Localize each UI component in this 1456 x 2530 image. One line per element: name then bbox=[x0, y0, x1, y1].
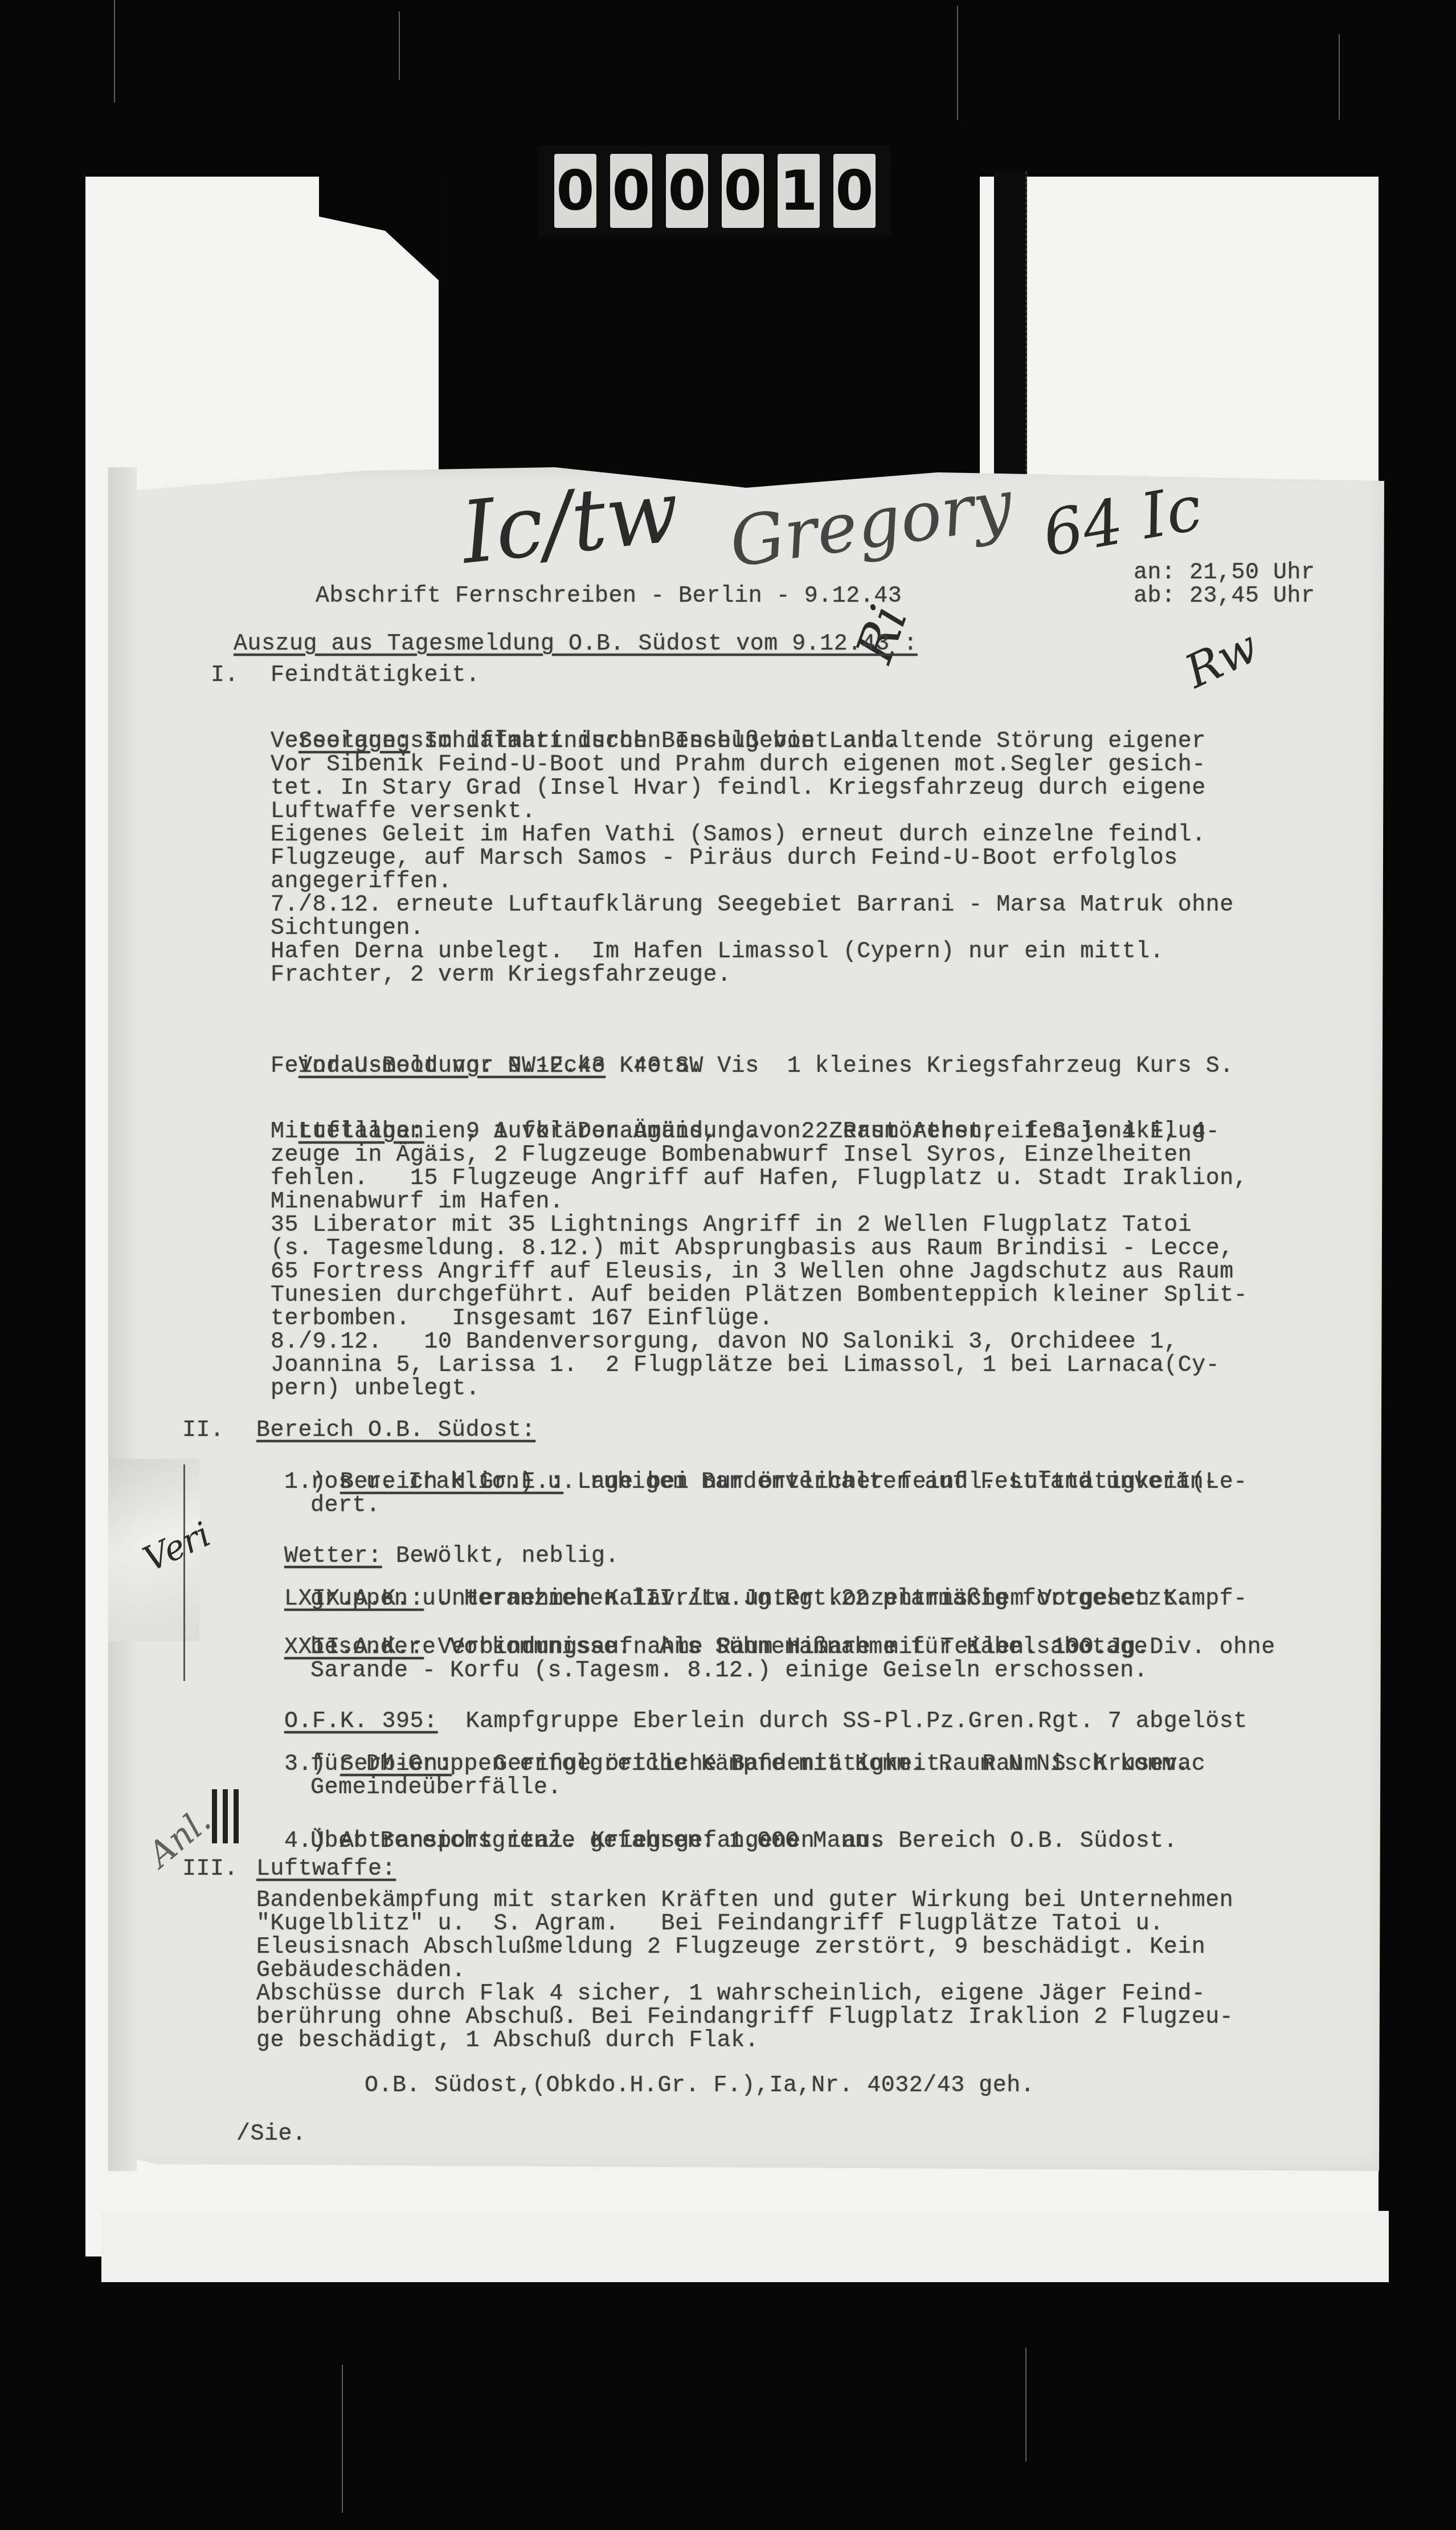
luftlage-line: (s. Tagesmeldung. 8.12.) mit Absprungbas… bbox=[271, 1237, 1234, 1260]
section-2-title: Bereich O.B. Südost: bbox=[256, 1419, 535, 1442]
luftlage-line: 35 Liberator mit 35 Lightnings Angriff i… bbox=[271, 1214, 1192, 1237]
film-scratch bbox=[342, 2365, 343, 2513]
section-1-title: Feindtätigkeit. bbox=[271, 664, 480, 687]
luftlage-line: terbomben. Insgesamt 167 Einflüge. bbox=[271, 1307, 773, 1331]
section-2-number: II. bbox=[182, 1419, 224, 1442]
frame-counter: 0 0 0 0 1 0 bbox=[538, 145, 891, 236]
lxix-ak-line-2: gruppen u. Heranziehen III./Lw.Jg.Rgt.22… bbox=[310, 1588, 1190, 1611]
film-scratch bbox=[1339, 34, 1340, 120]
seelage-line: Eigenes Geleit im Hafen Vathi (Samos) er… bbox=[271, 823, 1206, 847]
counter-digit: 0 bbox=[554, 154, 596, 228]
xxii-ak-line-3: Sarande - Korfu (s.Tagesm. 8.12.) einige… bbox=[310, 1659, 1148, 1683]
luftwaffe-line: Eleusisnach Abschlußmeldung 2 Flugzeuge … bbox=[256, 1936, 1205, 1959]
section-3-number: III. bbox=[182, 1858, 238, 1881]
luftlage-line: 8./9.12. 10 Bandenversorgung, davon NO S… bbox=[271, 1331, 1178, 1354]
luftwaffe-line: berührung ohne Abschuß. Bei Feindangriff… bbox=[256, 2006, 1233, 2029]
seelage-line: Frachter, 2 verm Kriegsfahrzeuge. bbox=[271, 964, 731, 987]
section-2-4-line-2: Über Bereichsgrenze gefahren: 1.000 Mann… bbox=[310, 1830, 883, 1853]
section-2-1-line-3: dert. bbox=[310, 1494, 381, 1517]
section-2-1-line-2: ros u. Iraklion) u. ruhigem Bandenverhal… bbox=[310, 1471, 1218, 1494]
teletype-source: Abschrift Fernschreiben - Berlin - bbox=[316, 583, 804, 609]
luftlage-line: Mittelalbanien, 1 vor Donaumündung. 2 Ze… bbox=[271, 1120, 1220, 1144]
luftwaffe-line: ge beschädigt, 1 Abschuß durch Flak. bbox=[256, 2029, 759, 2052]
luftlage-line: fehlen. 15 Flugzeuge Angriff auf Hafen, … bbox=[271, 1167, 1248, 1190]
time-sent: ab: 23,45 Uhr bbox=[1134, 585, 1315, 608]
section-2-3-line-2: für DM-Gruppen erfolgreiche Kämpfe mit K… bbox=[310, 1753, 1190, 1776]
film-scratch bbox=[399, 11, 400, 80]
seelage-line: Hafen Derna unbelegt. Im Hafen Limassol … bbox=[271, 940, 1164, 964]
tally-marks-3 bbox=[212, 1789, 239, 1843]
seelage-line: Vor Sibenik Feind-U-Boot und Prahm durch… bbox=[271, 753, 1206, 777]
counter-digit: 0 bbox=[666, 154, 708, 228]
section-2-3-line-3: Gemeindeüberfälle. bbox=[310, 1776, 562, 1799]
xxii-ak-line-2: besondere Vorkommnisse. Als Sühnemaßnahm… bbox=[310, 1636, 1148, 1659]
film-scratch bbox=[114, 0, 115, 103]
backing-card-bottom bbox=[101, 2211, 1389, 2282]
teletype-date: 9.12.43 bbox=[804, 583, 902, 609]
seelage-line: Flugzeuge, auf Marsch Samos - Piräus dur… bbox=[271, 847, 1178, 870]
ofk-395-line: O.F.K. 395: Kampfgruppe Eberlein durch S… bbox=[256, 1687, 1248, 1733]
luftlage-line: Tunesien durchgeführt. Auf beiden Plätze… bbox=[271, 1284, 1248, 1307]
luftlage-line: pern) unbelegt. bbox=[271, 1377, 480, 1401]
counter-digit: 0 bbox=[610, 154, 652, 228]
sheet-edge bbox=[108, 467, 137, 2171]
margin-bracket-line bbox=[183, 1464, 185, 1681]
section-3-title: Luftwaffe: bbox=[256, 1858, 396, 1881]
luftwaffe-line: "Kugelblitz" u. S. Agram. Bei Feindangri… bbox=[256, 1912, 1164, 1936]
seelage-line: Sichtungen. bbox=[271, 917, 424, 940]
header-teletype-line: Abschrift Fernschreiben - Berlin - 9.12.… bbox=[288, 561, 902, 608]
time-received: an: 21,50 Uhr bbox=[1134, 561, 1315, 585]
luftlage-line: zeuge in Ägäis, 2 Flugzeuge Bombenabwurf… bbox=[271, 1144, 1192, 1167]
seelage-line: Versorgungsschiffahrt durch Beschuß von … bbox=[271, 730, 899, 753]
counter-digit: 0 bbox=[833, 154, 876, 228]
luftwaffe-line: Abschüsse durch Flak 4 sicher, 1 wahrsch… bbox=[256, 1982, 1205, 2006]
typist-initials: /Sie. bbox=[236, 2123, 306, 2146]
seelage-line: 7./8.12. erneute Luftaufklärung Seegebie… bbox=[271, 893, 1234, 917]
film-scratch bbox=[1025, 2348, 1026, 2462]
signature-line: O.B. Südost,(Obkdo.H.Gr. F.),Ia,Nr. 4032… bbox=[365, 2074, 1034, 2098]
counter-digit: 0 bbox=[722, 154, 764, 228]
seelage-line: Luftwaffe versenkt. bbox=[271, 800, 536, 823]
luftlage-line: Minenabwurf im Hafen. bbox=[271, 1190, 564, 1214]
wetter-line: Wetter: Bewölkt, neblig. bbox=[256, 1521, 619, 1568]
seelage-line: angegeriffen. bbox=[271, 870, 452, 893]
document-subject: Auszug aus Tagesmeldung O.B. Südost vom … bbox=[234, 632, 918, 656]
luftlage-line: Joannina 5, Larissa 1. 2 Flugplätze bei … bbox=[271, 1354, 1220, 1377]
vorausmeldung-line-2: Feind-U-Boot vor NW-Ecke Kreta. bbox=[271, 1055, 704, 1078]
counter-digit: 1 bbox=[778, 154, 820, 228]
section-1-number: I. bbox=[211, 664, 239, 687]
counter-clip-arm bbox=[994, 171, 1027, 513]
luftlage-line: 65 Fortress Angriff auf Eleusis, in 3 We… bbox=[271, 1260, 1234, 1284]
luftwaffe-line: Bandenbekämpfung mit starken Kräften und… bbox=[256, 1889, 1233, 1912]
film-scratch bbox=[957, 6, 958, 120]
luftwaffe-line: Gebäudeschäden. bbox=[256, 1959, 466, 1982]
seelage-line: tet. In Stary Grad (Insel Hvar) feindl. … bbox=[271, 777, 1206, 800]
